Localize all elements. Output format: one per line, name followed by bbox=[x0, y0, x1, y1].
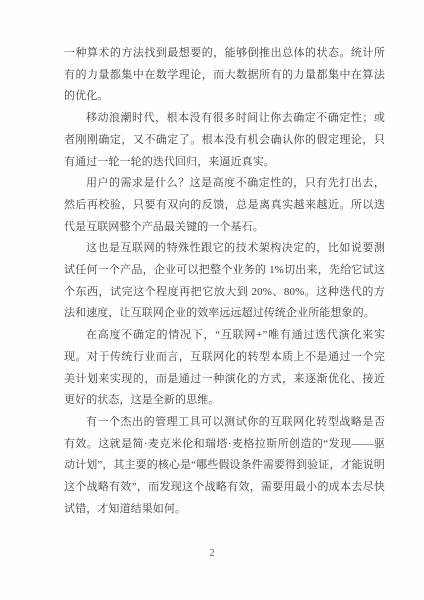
paragraph: 移动浪潮时代，根本没有很多时间让你去确定不确定性；或者刚刚确定，又不确定了。根本… bbox=[64, 108, 385, 173]
paragraph: 一种算术的方法找到最想要的，能够倒推出总体的状态。统计所有的力量都集中在数学理论… bbox=[64, 43, 385, 108]
paragraph: 这也是互联网的特殊性跟它的技术架构决定的，比如说要测试任何一个产品，企业可以把整… bbox=[64, 238, 385, 325]
paragraph: 有一个杰出的管理工具可以测试你的互联网化转型战略是否有效。这就是简·麦克米伦和瑞… bbox=[64, 412, 385, 521]
page-number: 2 bbox=[0, 548, 424, 559]
page-text-block: 一种算术的方法找到最想要的，能够倒推出总体的状态。统计所有的力量都集中在数学理论… bbox=[64, 43, 385, 520]
paragraph: 在高度不确定的情况下，“互联网+”唯有通过迭代演化来实现。对于传统行业而言，互联… bbox=[64, 325, 385, 412]
document-page: 一种算术的方法找到最想要的，能够倒推出总体的状态。统计所有的力量都集中在数学理论… bbox=[0, 0, 424, 600]
paragraph: 用户的需求是什么？这是高度不确定性的，只有先打出去，然后再校验，只要有双向的反馈… bbox=[64, 173, 385, 238]
